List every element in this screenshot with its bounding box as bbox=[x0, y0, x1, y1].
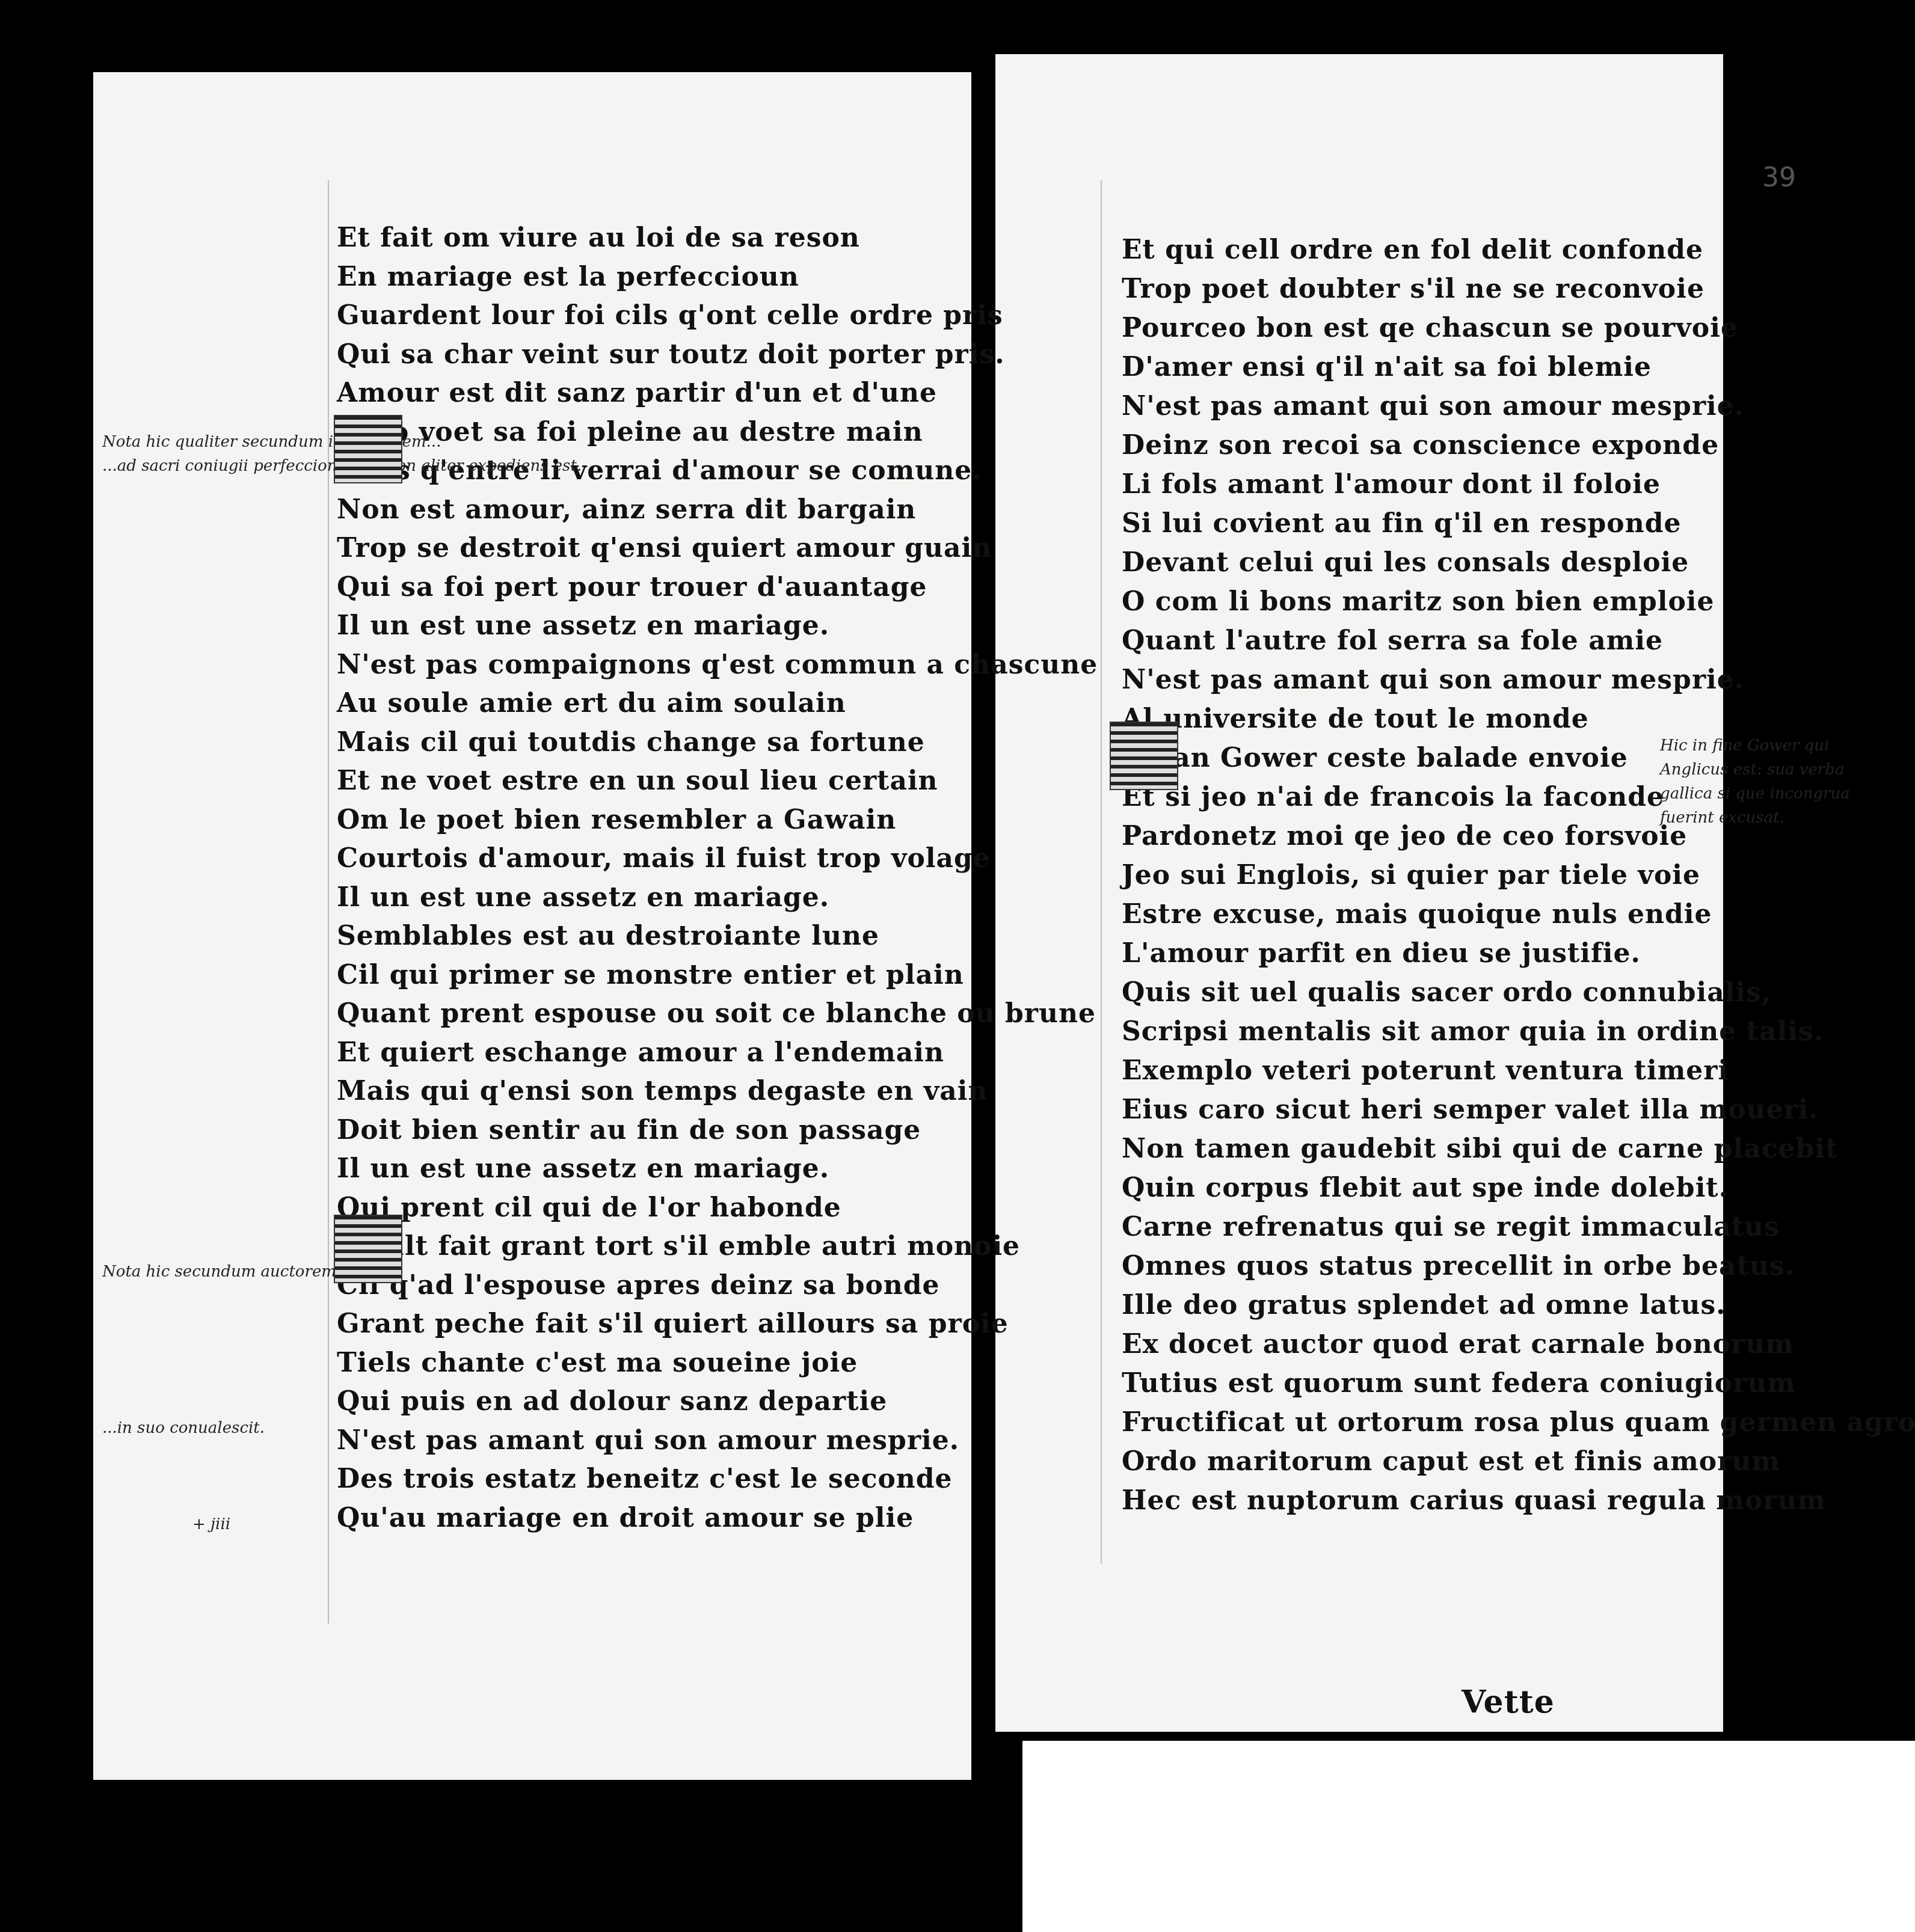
verse-line: Om le poet bien resembler a Gawain bbox=[337, 805, 896, 835]
ruling-line bbox=[1101, 180, 1102, 1563]
verse-line: O com li bons maritz son bien emploie bbox=[1122, 586, 1715, 617]
verse-line: Semblables est au destroiante lune bbox=[337, 921, 879, 951]
verse-line: L'amour parfit en dieu se justifie. bbox=[1122, 938, 1641, 969]
verse-line: Cil q'ad l'espouse apres deinz sa bonde bbox=[337, 1270, 940, 1301]
verse-line: Ille deo gratus splendet ad omne latus. bbox=[1122, 1290, 1726, 1320]
verse-line: Doit bien sentir au fin de son passage bbox=[337, 1115, 921, 1145]
verse-line: Guardent lour foi cils q'ont celle ordre… bbox=[337, 300, 1003, 331]
verse-line: Quant l'autre fol serra sa fole amie bbox=[1122, 625, 1663, 656]
verse-line: Qui puis en ad dolour sanz departie bbox=[337, 1386, 887, 1417]
verse-line: Al universite de tout le monde bbox=[1122, 704, 1589, 734]
verse-line: Ex docet auctor quod erat carnale bonoru… bbox=[1122, 1329, 1794, 1360]
verse-line: Exemplo veteri poterunt ventura timeri bbox=[1122, 1055, 1729, 1086]
marginal-note: Hic in fine Gower qui bbox=[1660, 737, 1829, 755]
verse-line: Il un est une assetz en mariage. bbox=[337, 610, 829, 641]
verse-line: Tiels chante c'est ma soueine joie bbox=[337, 1348, 858, 1378]
verse-line: Trop poet doubter s'il ne se reconvoie bbox=[1122, 274, 1704, 304]
verse-line: Il un est une assetz en mariage. bbox=[337, 1153, 829, 1184]
verse-line: Non tamen gaudebit sibi qui de carne pla… bbox=[1122, 1133, 1838, 1164]
right-folio bbox=[995, 54, 1723, 1732]
verse-line: Devant celui qui les consals desploie bbox=[1122, 547, 1689, 578]
verse-line: Et si jeo n'ai de francois la faconde bbox=[1122, 782, 1664, 812]
verse-line: Non est amour, ainz serra dit bargain bbox=[337, 494, 916, 525]
verse-line: N'est pas amant qui son amour mesprie. bbox=[337, 1425, 959, 1456]
verse-line: Deinz son recoi sa conscience exponde bbox=[1122, 430, 1719, 461]
decorated-initial bbox=[334, 415, 402, 483]
verse-line: Et fait om viure au loi de sa reson bbox=[337, 222, 860, 253]
verse-line: Estre excuse, mais quoique nuls endie bbox=[1122, 899, 1712, 930]
verse-line: Trop se destroit q'ensi quiert amour gua… bbox=[337, 533, 992, 563]
verse-line: Et ne voet estre en un soul lieu certain bbox=[337, 765, 938, 796]
verse-line: Qu'au mariage en droit amour se plie bbox=[337, 1503, 914, 1533]
verse-line: Au soule amie ert du aim soulain bbox=[337, 688, 846, 719]
bottom-strip bbox=[1022, 1741, 1915, 1932]
verse-line: Mais qui q'ensi son temps degaste en vai… bbox=[337, 1076, 988, 1106]
verse-line: N'est pas compaignons q'est commun a cha… bbox=[337, 649, 1098, 680]
verse-line: Mais cil qui toutdis change sa fortune bbox=[337, 727, 925, 758]
verse-line: Tutius est quorum sunt federa coniugioru… bbox=[1122, 1368, 1796, 1399]
marginal-note: ...in suo conualescit. bbox=[102, 1419, 265, 1437]
marginal-note: + jiii bbox=[192, 1515, 230, 1533]
verse-line: Eius caro sicut heri semper valet illa m… bbox=[1122, 1094, 1819, 1125]
verse-line: Il un est une assetz en mariage. bbox=[337, 882, 829, 913]
verse-line: Des trois estatz beneitz c'est le second… bbox=[337, 1464, 953, 1494]
verse-line: Si lui covient au fin q'il en responde bbox=[1122, 508, 1681, 539]
verse-line: D'amer ensi q'il n'ait sa foi blemie bbox=[1122, 352, 1652, 382]
marginal-note: Anglicus est: sua verba bbox=[1660, 761, 1844, 779]
decorated-initial bbox=[1110, 722, 1178, 790]
verse-line: Pourceo bon est qe chascun se pourvoie bbox=[1122, 313, 1738, 343]
verse-line: Carne refrenatus qui se regit immaculatu… bbox=[1122, 1212, 1780, 1242]
verse-line: Quant prent espouse ou soit ce blanche o… bbox=[337, 998, 1096, 1029]
marginal-note: Nota hic secundum auctorem... bbox=[102, 1263, 351, 1281]
verse-line: En mariage est la perfeccioun bbox=[337, 262, 799, 292]
verse-line: Moult fait grant tort s'il emble autri m… bbox=[337, 1231, 1020, 1262]
verse-line: Pardonetz moi qe jeo de ceo forsvoie bbox=[1122, 821, 1687, 851]
verse-line: Quin corpus flebit aut spe inde dolebit. bbox=[1122, 1173, 1729, 1203]
verse-line: Qui sa foi pert pour trouer d'auantage bbox=[337, 572, 927, 603]
verse-line: Scripsi mentalis sit amor quia in ordine… bbox=[1122, 1016, 1824, 1047]
verse-line: Amour est dit sanz partir d'un et d'une bbox=[337, 378, 937, 408]
verse-line: Ordo maritorum caput est et finis amorum bbox=[1122, 1446, 1780, 1477]
verse-line: N'est pas amant qui son amour mesprie. bbox=[1122, 391, 1744, 422]
decorated-initial bbox=[334, 1215, 402, 1283]
verse-line: Li fols amant l'amour dont il foloie bbox=[1122, 469, 1661, 500]
verse-line: Et qui cell ordre en fol delit confonde bbox=[1122, 235, 1703, 265]
verse-line: Qui sa char veint sur toutz doit porter … bbox=[337, 339, 1005, 370]
verse-line: Grant peche fait s'il quiert aillours sa… bbox=[337, 1308, 1009, 1339]
ruling-line bbox=[328, 180, 329, 1624]
verse-line: Et quiert eschange amour a l'endemain bbox=[337, 1037, 944, 1068]
marginal-note: gallica si que incongrua bbox=[1660, 785, 1850, 803]
verse-line: N'est pas amant qui son amour mesprie. bbox=[1122, 664, 1744, 695]
verse-line: Courtois d'amour, mais il fuist trop vol… bbox=[337, 843, 991, 874]
verse-line: Omnes quos status precellit in orbe beat… bbox=[1122, 1251, 1795, 1281]
catchword: Vette bbox=[1462, 1684, 1555, 1720]
verse-line: Jeo sui Englois, si quier par tiele voie bbox=[1122, 860, 1700, 891]
verse-line: Fructificat ut ortorum rosa plus quam ge… bbox=[1122, 1407, 1915, 1438]
verse-line: Johan Gower ceste balade envoie bbox=[1122, 743, 1628, 773]
verse-line: Qui prent cil qui de l'or habonde bbox=[337, 1192, 841, 1223]
marginal-note: fuerint excusat. bbox=[1660, 809, 1784, 827]
verse-line: Cil qui primer se monstre entier et plai… bbox=[337, 960, 964, 990]
folio-number: 39 bbox=[1762, 162, 1796, 193]
verse-line: Hec est nuptorum carius quasi regula mor… bbox=[1122, 1485, 1826, 1516]
verse-line: Quis sit uel qualis sacer ordo connubial… bbox=[1122, 977, 1771, 1008]
